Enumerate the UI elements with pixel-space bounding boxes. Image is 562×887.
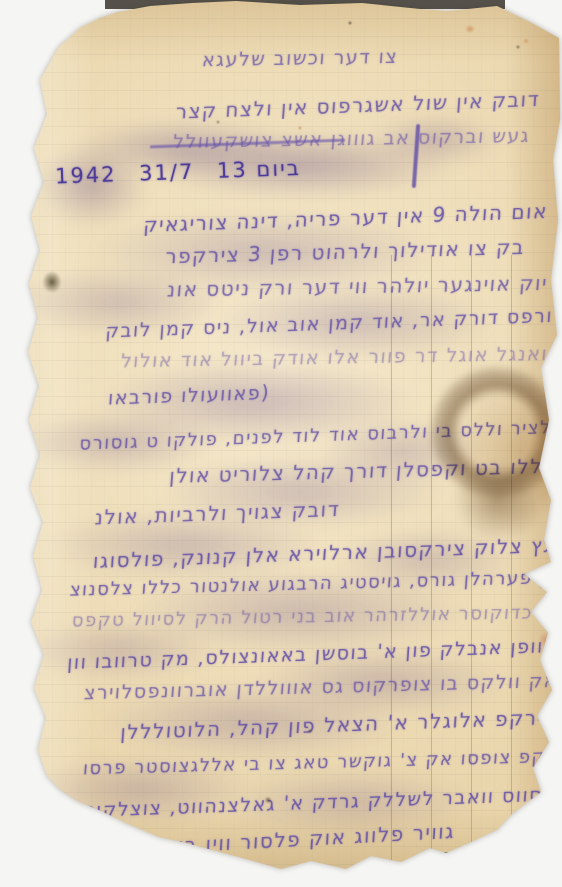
scanned-letter-page: צו דער וכשוב שלעגא דובק אין שול אשגרפוס …	[0, 0, 562, 887]
page-number-value: 6	[441, 859, 454, 879]
page-number-circled: 6	[428, 850, 466, 887]
paper-sheet: צו דער וכשוב שלעגא דובק אין שול אשגרפוס …	[0, 0, 562, 887]
paper-stains	[0, 0, 562, 887]
paper-wrap: צו דער וכשוב שלעגא דובק אין שול אשגרפוס …	[0, 0, 562, 887]
